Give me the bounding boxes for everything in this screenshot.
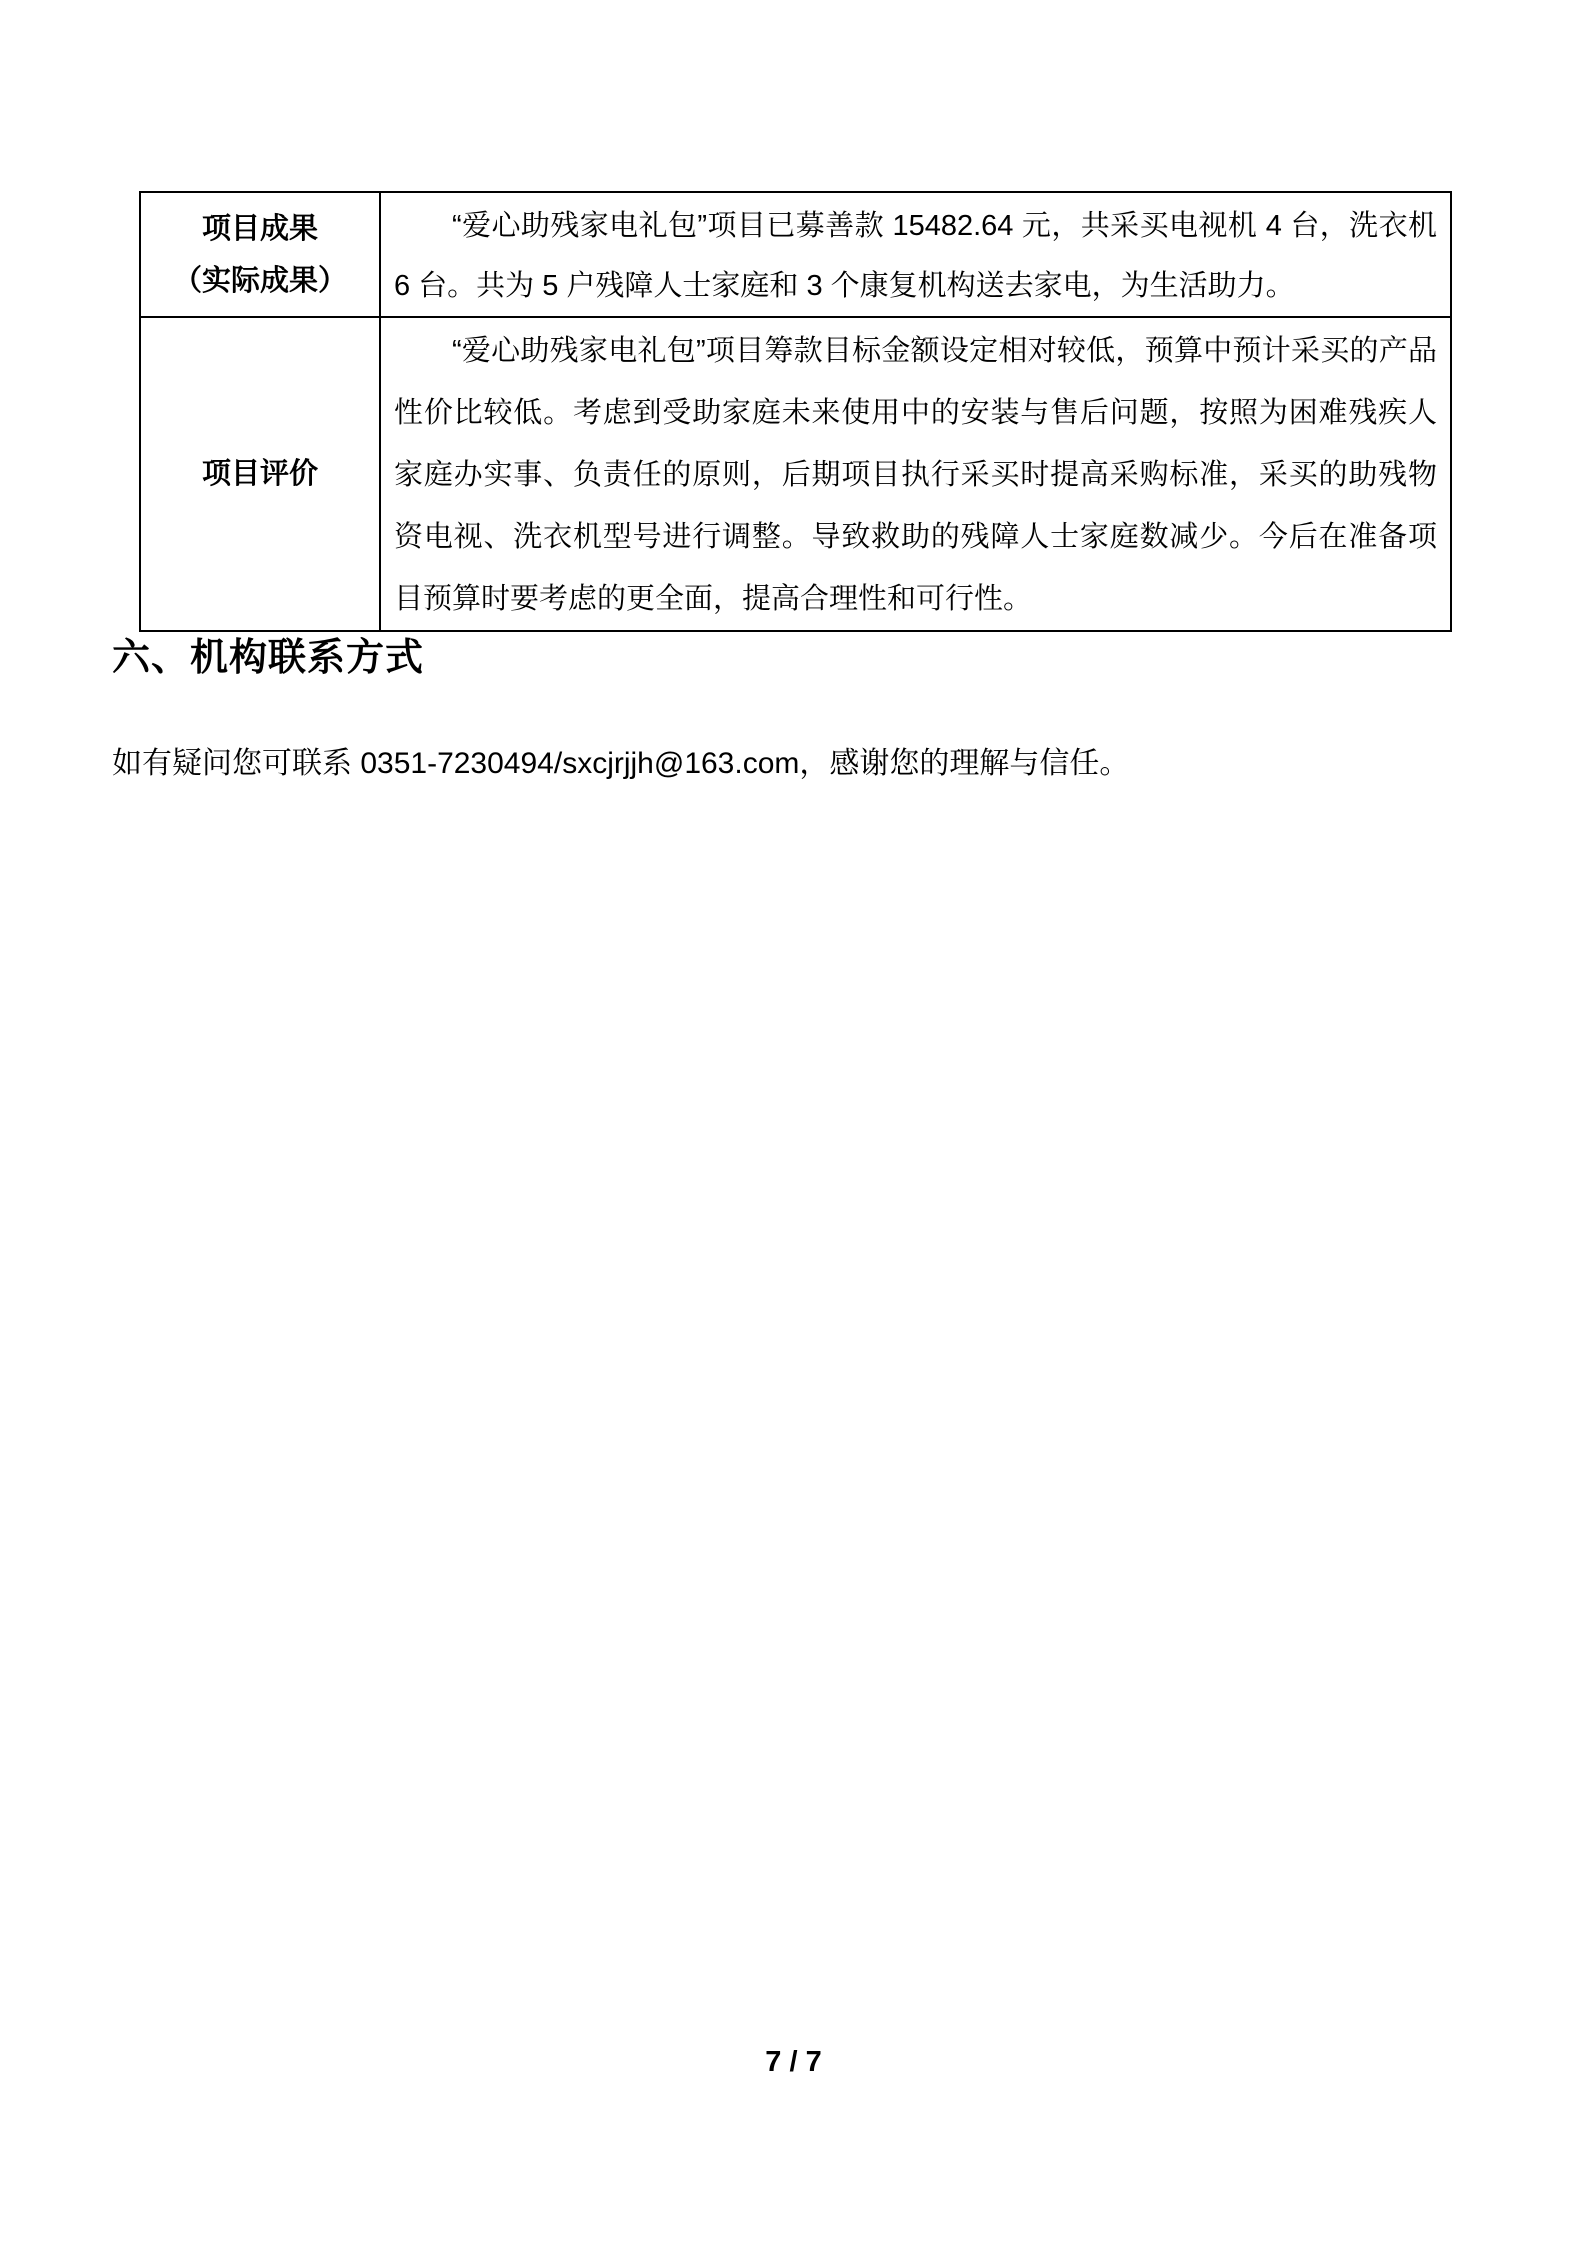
table-row: 项目成果 （实际成果） “爱心助残家电礼包”项目已募善款 15482.64 元，… — [140, 192, 1451, 317]
project-summary-table: 项目成果 （实际成果） “爱心助残家电礼包”项目已募善款 15482.64 元，… — [139, 191, 1452, 632]
row-label-line1: 项目评价 — [147, 448, 373, 500]
row-label-line2: （实际成果） — [147, 255, 373, 307]
contact-text: 如有疑问您可联系 0351-7230494/sxcjrjjh@163.com，感… — [112, 744, 1129, 784]
project-evaluation-text: “爱心助残家电礼包”项目筹款目标金额设定相对较低，预算中预计采买的产品性价比较低… — [394, 320, 1437, 630]
section-heading-contact-info: 六、机构联系方式 — [112, 626, 424, 681]
document-page: 项目成果 （实际成果） “爱心助残家电礼包”项目已募善款 15482.64 元，… — [0, 0, 1587, 2245]
row-label-line1: 项目成果 — [147, 203, 373, 255]
row-label-project-results: 项目成果 （实际成果） — [140, 192, 380, 317]
row-content-project-results: “爱心助残家电礼包”项目已募善款 15482.64 元，共采买电视机 4 台，洗… — [380, 192, 1451, 317]
page-number: 7 / 7 — [0, 2046, 1587, 2079]
table-row: 项目评价 “爱心助残家电礼包”项目筹款目标金额设定相对较低，预算中预计采买的产品… — [140, 317, 1451, 631]
project-results-text: “爱心助残家电礼包”项目已募善款 15482.64 元，共采买电视机 4 台，洗… — [394, 196, 1437, 316]
row-content-project-evaluation: “爱心助残家电礼包”项目筹款目标金额设定相对较低，预算中预计采买的产品性价比较低… — [380, 317, 1451, 631]
row-label-project-evaluation: 项目评价 — [140, 317, 380, 631]
